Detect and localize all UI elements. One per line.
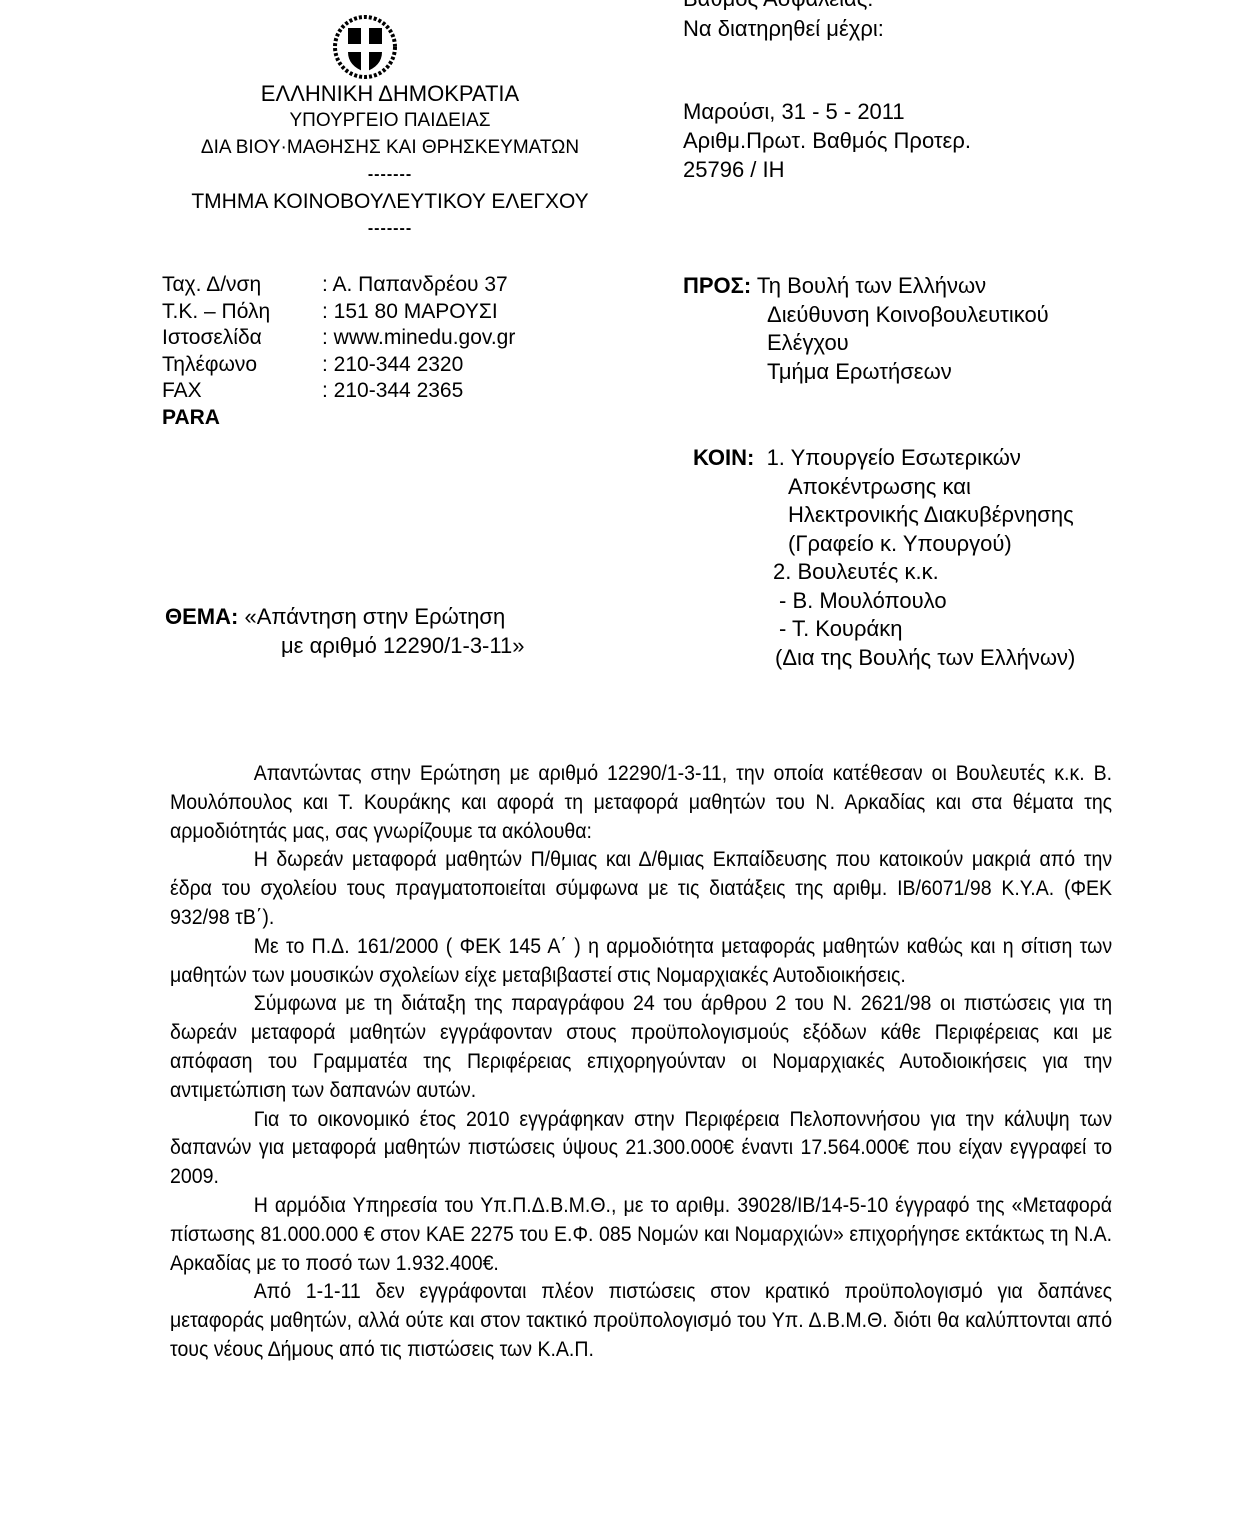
contact-extra: PARA <box>162 405 515 432</box>
contact-value: : 210-344 2365 <box>322 378 463 405</box>
body-paragraph: Για το οικονομικό έτος 2010 εγγράφηκαν σ… <box>170 1106 1112 1192</box>
separator: ------- <box>130 161 650 188</box>
recipient-label: ΠΡΟΣ: <box>683 273 751 298</box>
contact-row: FAX: 210-344 2365 <box>162 378 515 405</box>
cc-line: (Γραφείο κ. Υπουργού) <box>693 530 1075 559</box>
cc-line: (Δια της Βουλής των Ελλήνων) <box>693 644 1075 673</box>
recipient-line: Τη Βουλή των Ελλήνων <box>757 273 986 298</box>
cc-block: ΚΟΙΝ: 1. Υπουργείο Εσωτερικών Αποκέντρωσ… <box>693 444 1075 672</box>
cc-line: 1. Υπουργείο Εσωτερικών <box>767 445 1021 470</box>
contact-row: Τηλέφωνο: 210-344 2320 <box>162 352 515 379</box>
protocol-label: Αριθμ.Πρωτ. Βαθμός Προτερ. <box>683 126 971 155</box>
cc-line: - Β. Μουλόπουλο <box>693 587 1075 616</box>
place-date: Μαρούσι, 31 - 5 - 2011 <box>683 97 905 126</box>
body-paragraph: Απαντώντας στην Ερώτηση με αριθμό 12290/… <box>170 760 1112 846</box>
body-paragraph: Σύμφωνα με τη διάταξη της παραγράφου 24 … <box>170 990 1112 1105</box>
ministry-line-1: ΥΠΟΥΡΓΕΙΟ ΠΑΙΔΕΙΑΣ <box>130 107 650 134</box>
recipient-line: Τμήμα Ερωτήσεων <box>683 358 1049 387</box>
contact-label: Τ.Κ. – Πόλη <box>162 299 322 326</box>
protocol-number: 25796 / ΙΗ <box>683 155 785 184</box>
cc-label: ΚΟΙΝ: <box>693 445 754 470</box>
recipient-line: Διεύθυνση Κοινοβουλευτικού <box>683 301 1049 330</box>
contact-label: Τηλέφωνο <box>162 352 322 379</box>
contact-label: Ιστοσελίδα <box>162 325 322 352</box>
subject-block: ΘΕΜΑ: «Απάντηση στην Ερώτηση με αριθμό 1… <box>165 603 524 660</box>
cc-line: 2. Βουλευτές κ.κ. <box>693 558 1075 587</box>
body-paragraph: Η αρμόδια Υπηρεσία του Υπ.Π.Δ.Β.Μ.Θ., με… <box>170 1192 1112 1278</box>
body-paragraph: Η δωρεάν μεταφορά μαθητών Π/θμιας και Δ/… <box>170 846 1112 932</box>
separator: ------- <box>130 215 650 242</box>
contact-value: : 210-344 2320 <box>322 352 463 379</box>
retain-until-label: Να διατηρηθεί μέχρι: <box>683 14 884 43</box>
body-paragraph: Από 1-1-11 δεν εγγράφονται πλέον πιστώσε… <box>170 1278 1112 1364</box>
contact-label: Ταχ. Δ/νση <box>162 272 322 299</box>
cc-line: Αποκέντρωσης και <box>693 473 1075 502</box>
subject-label: ΘΕΜΑ: <box>165 604 238 629</box>
contact-row: Ιστοσελίδα: www.minedu.gov.gr <box>162 325 515 352</box>
contact-value: : Α. Παπανδρέου 37 <box>322 272 508 299</box>
department-name: ΤΜΗΜΑ ΚΟΙΝΟΒΟΥΛΕΥΤΙΚΟΥ ΕΛΕΓΧΟΥ <box>130 188 650 215</box>
contact-row: Τ.Κ. – Πόλη: 151 80 ΜΑΡΟΥΣΙ <box>162 299 515 326</box>
contact-value: : www.minedu.gov.gr <box>322 325 515 352</box>
cc-line: - Τ. Κουράκη <box>693 615 1075 644</box>
subject-line: με αριθμό 12290/1-3-11» <box>165 632 524 661</box>
ministry-line-2: ΔΙΑ ΒΙΟΥ·ΜΑΘΗΣΗΣ ΚΑΙ ΘΡΗΣΚΕΥΜΑΤΩΝ <box>130 134 650 161</box>
country-name: ΕΛΛΗΝΙΚΗ ΔΗΜΟΚΡΑΤΙΑ <box>130 80 650 107</box>
contact-value: : 151 80 ΜΑΡΟΥΣΙ <box>322 299 498 326</box>
letter-body: Απαντώντας στην Ερώτηση με αριθμό 12290/… <box>170 760 1112 1365</box>
contact-block: Ταχ. Δ/νση: Α. Παπανδρέου 37 Τ.Κ. – Πόλη… <box>162 272 515 431</box>
recipient-block: ΠΡΟΣ: Τη Βουλή των Ελλήνων Διεύθυνση Κοι… <box>683 272 1049 386</box>
greek-state-emblem-icon <box>332 14 398 80</box>
contact-row: Ταχ. Δ/νση: Α. Παπανδρέου 37 <box>162 272 515 299</box>
cc-line: Ηλεκτρονικής Διακυβέρνησης <box>693 501 1075 530</box>
subject-line: «Απάντηση στην Ερώτηση <box>244 604 505 629</box>
body-paragraph: Με το Π.Δ. 161/2000 ( ΦΕΚ 145 Α΄ ) η αρμ… <box>170 933 1112 991</box>
security-degree-label: Βαθμός Ασφαλείας: <box>683 0 873 12</box>
organization-header: ΕΛΛΗΝΙΚΗ ΔΗΜΟΚΡΑΤΙΑ ΥΠΟΥΡΓΕΙΟ ΠΑΙΔΕΙΑΣ Δ… <box>130 80 650 242</box>
contact-label: FAX <box>162 378 322 405</box>
recipient-line: Ελέγχου <box>683 329 1049 358</box>
